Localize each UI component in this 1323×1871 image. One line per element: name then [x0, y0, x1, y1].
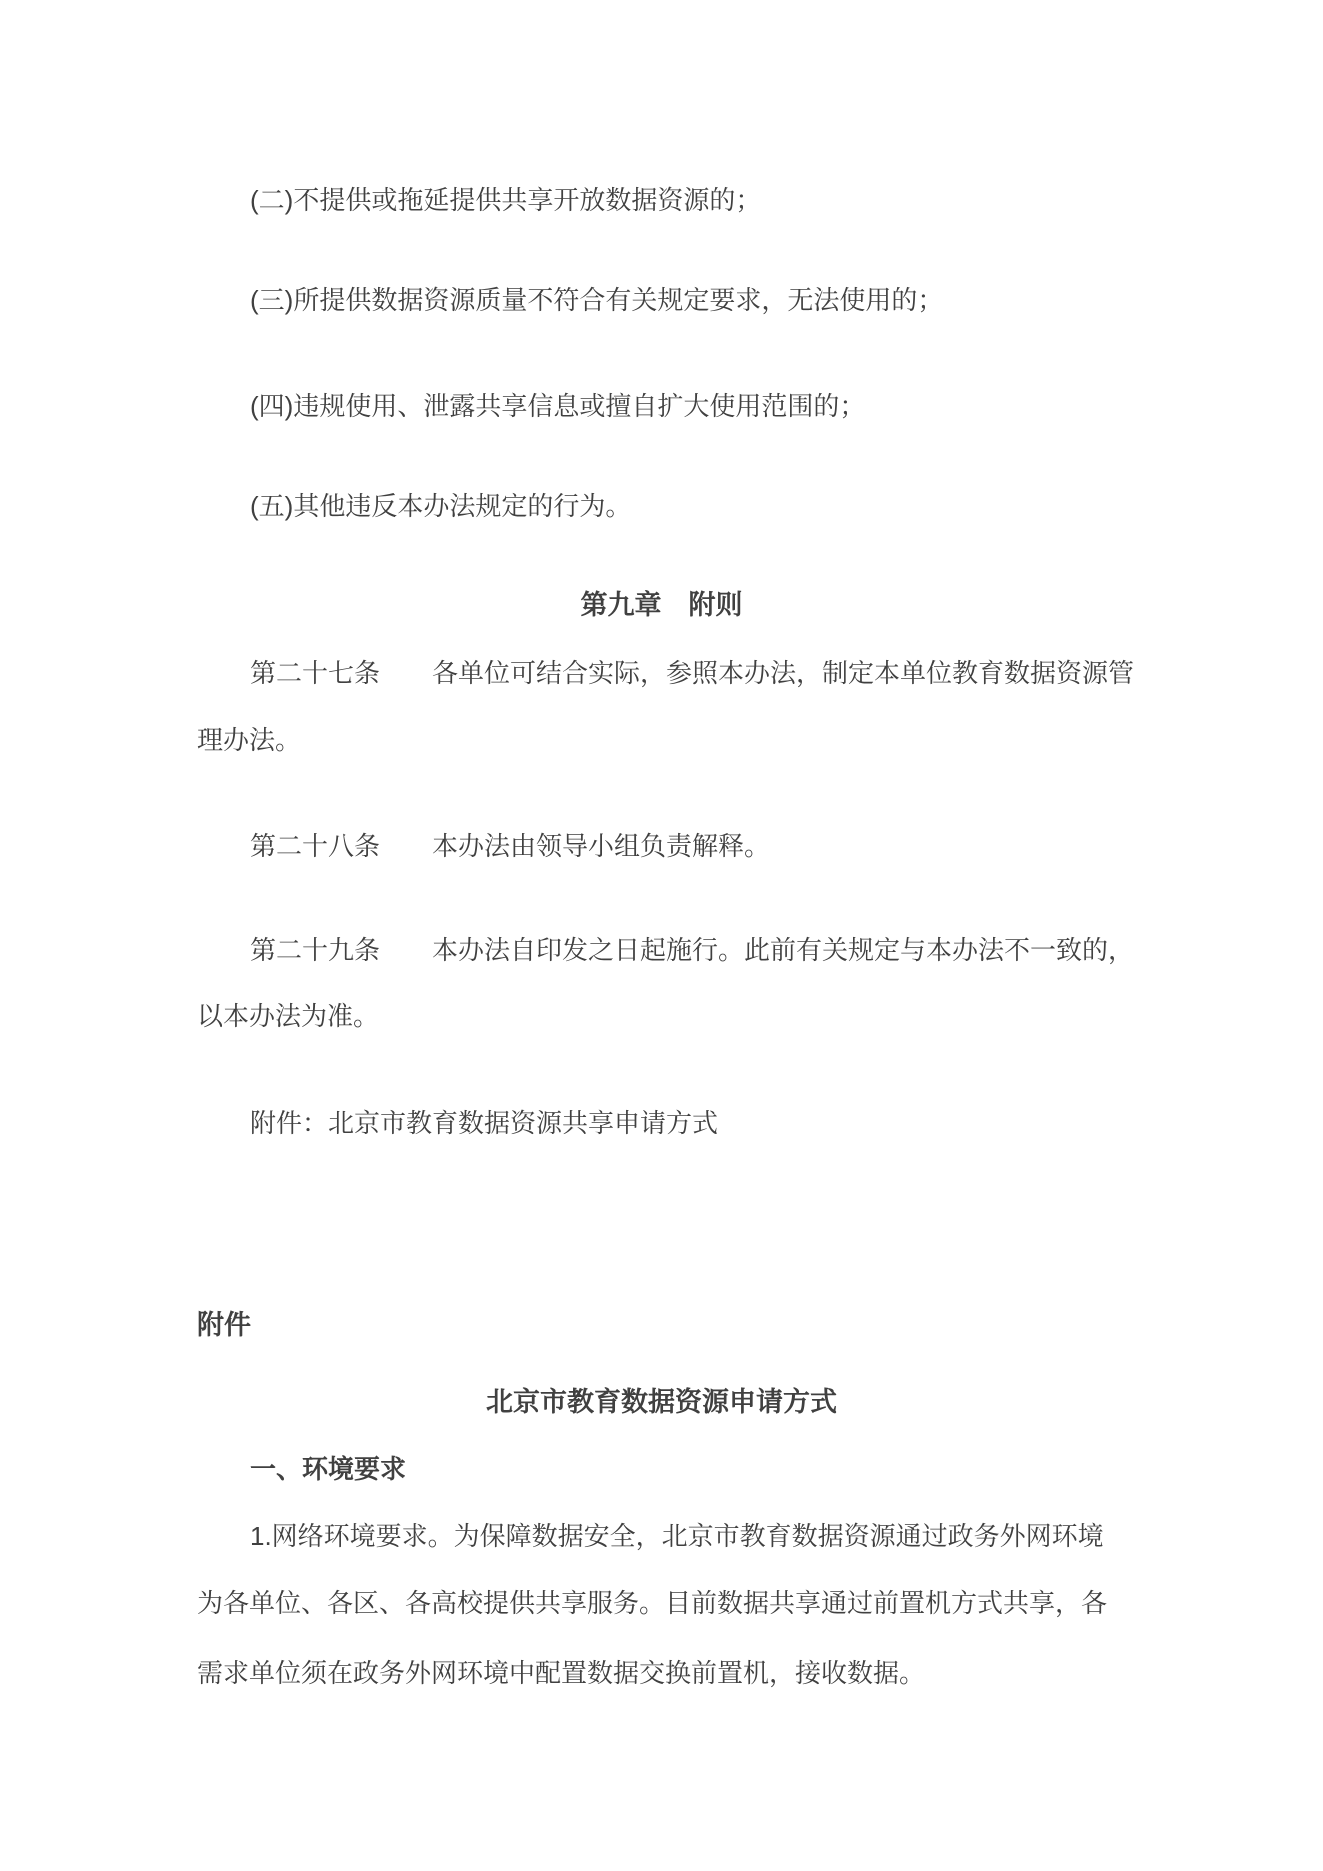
document-page: (二)不提供或拖延提供共享开放数据资源的； (三)所提供数据资源质量不符合有关规…	[0, 0, 1323, 1871]
chapter-9-heading: 第九章 附则	[197, 588, 1126, 622]
network-environment-paragraph-line-2: 为各单位、各区、各高校提供共享服务。目前数据共享通过前置机方式共享，各	[197, 1586, 1126, 1620]
article-29-line-1: 第二十九条 本办法自印发之日起施行。此前有关规定与本办法不一致的，	[197, 933, 1179, 967]
network-environment-paragraph-line-3: 需求单位须在政务外网环境中配置数据交换前置机，接收数据。	[197, 1656, 1126, 1690]
network-environment-paragraph-line-1: 1.网络环境要求。为保障数据安全，北京市教育数据资源通过政务外网环境	[197, 1519, 1179, 1553]
violation-item-2: (二)不提供或拖延提供共享开放数据资源的；	[197, 183, 1179, 217]
violation-item-4: (四)违规使用、泄露共享信息或擅自扩大使用范围的；	[197, 389, 1179, 423]
article-27-line-1: 第二十七条 各单位可结合实际，参照本办法，制定本单位教育数据资源管	[197, 656, 1179, 690]
violation-item-5: (五)其他违反本办法规定的行为。	[197, 489, 1179, 523]
attachment-label: 附件	[197, 1308, 1126, 1342]
article-27-line-2: 理办法。	[197, 723, 1126, 757]
attachment-title: 北京市教育数据资源申请方式	[197, 1385, 1126, 1419]
article-29-line-2: 以本办法为准。	[197, 999, 1126, 1033]
environment-requirements-heading: 一、环境要求	[197, 1452, 1179, 1486]
article-28: 第二十八条 本办法由领导小组负责解释。	[197, 829, 1179, 863]
attachment-reference: 附件：北京市教育数据资源共享申请方式	[197, 1106, 1179, 1140]
violation-item-3: (三)所提供数据资源质量不符合有关规定要求，无法使用的；	[197, 283, 1179, 317]
